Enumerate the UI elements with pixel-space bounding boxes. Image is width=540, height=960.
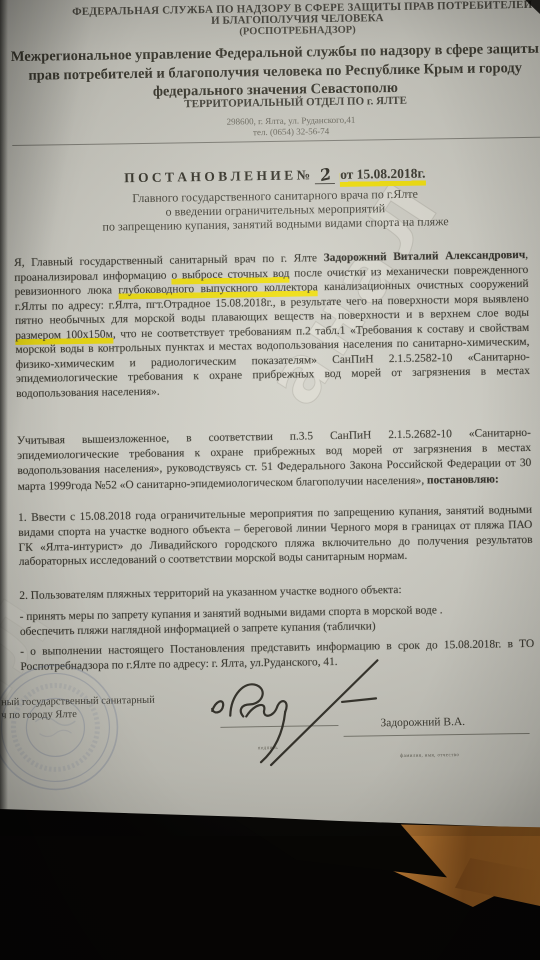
decree-date-ot: от [340,167,353,182]
official-name-bold: Задорожний Виталий Александрович [324,249,526,264]
decree-date-highlight: от 15.08.2018г. [340,166,426,182]
signature-stroke [199,648,396,776]
decree-number-line: 2 [315,164,335,184]
document-photo: анаЛ анаЛ ФЕДЕРАЛЬНАЯ СЛУЖБА ПО НАДЗОРУ … [0,0,540,960]
decree-date: 15.08.2018г. [357,166,426,182]
document-content: анаЛ анаЛ ФЕДЕРАЛЬНАЯ СЛУЖБА ПО НАДЗОРУ … [0,0,540,840]
round-stamp [0,658,135,810]
decree-number-handwritten: 2 [318,164,333,185]
p2-resolve-word: постановляю: [427,473,499,486]
paragraph-preamble: Я, Главный государственный санитарный вр… [14,248,530,401]
paragraph-item-2: 2. Пользователям пляжных территорий на у… [19,581,533,604]
photo-left-edge-shadow [0,0,8,810]
paragraph-legal-basis: Учитывая вышеизложенное, в соответствии … [17,426,532,495]
name-caption: фамилия, имя, отчество [400,753,459,759]
paragraph-item-1: 1. Ввести с 15.08.2018 года ограничитель… [18,503,533,570]
p1-text: Я, Главный государственный санитарный вр… [14,252,324,269]
decree-title-label: П О С Т А Н О В Л Е Н И Е № [124,167,310,185]
decree-title: П О С Т А Н О В Л Е Н И Е №2от 15.08.201… [0,161,540,190]
